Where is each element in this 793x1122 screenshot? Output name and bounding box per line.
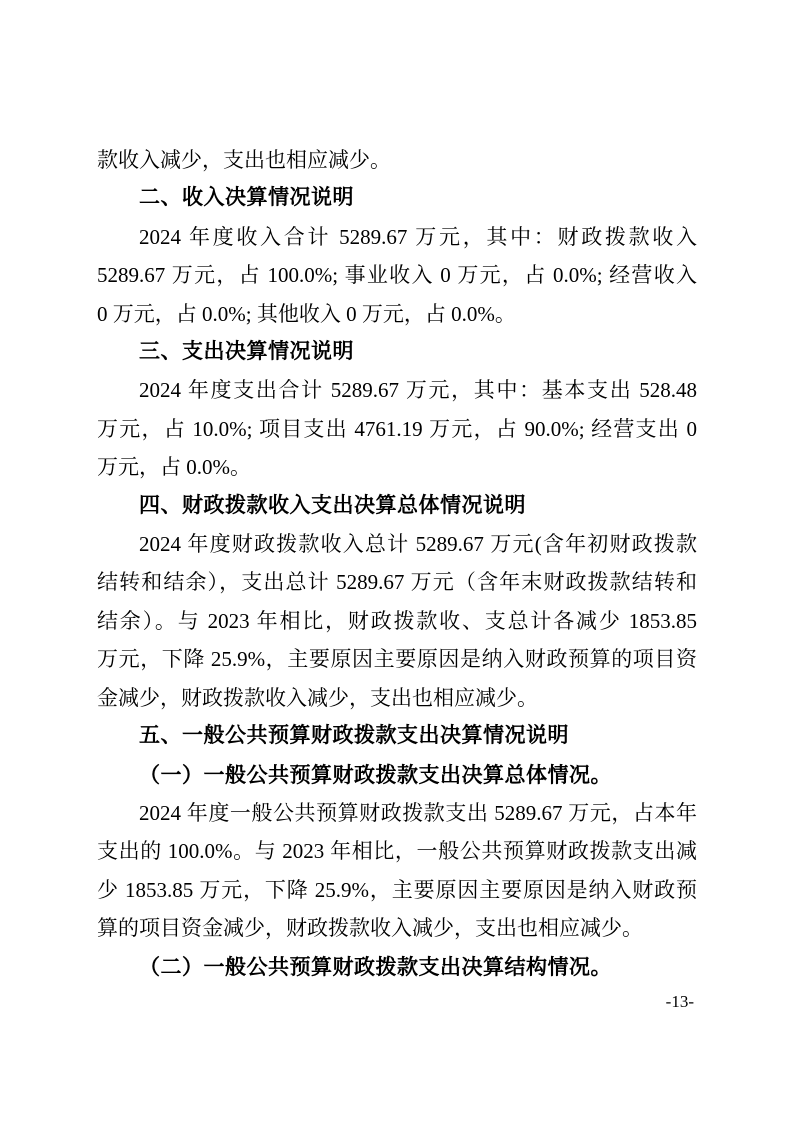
paragraph-line: 金减少，财政拨款收入减少，支出也相应减少。 [97, 679, 697, 717]
page-number: -13- [666, 991, 694, 1013]
section-heading-4: 四、财政拨款收入支出决算总体情况说明 [97, 487, 697, 525]
subsection-heading-2: （二）一般公共预算财政拨款支出决算结构情况。 [97, 948, 697, 986]
paragraph-line: 2024 年度一般公共预算财政拨款支出 5289.67 万元，占本年 [97, 794, 697, 832]
section-heading-3: 三、支出决算情况说明 [97, 333, 697, 371]
document-body: 款收入减少，支出也相应减少。 二、收入决算情况说明 2024 年度收入合计 52… [97, 141, 697, 986]
paragraph-line: 少 1853.85 万元，下降 25.9%，主要原因主要原因是纳入财政预 [97, 871, 697, 909]
paragraph-line: 万元，下降 25.9%，主要原因主要原因是纳入财政预算的项目资 [97, 640, 697, 678]
paragraph-line: 结转和结余），支出总计 5289.67 万元（含年末财政拨款结转和 [97, 563, 697, 601]
section-heading-5: 五、一般公共预算财政拨款支出决算情况说明 [97, 717, 697, 755]
subsection-heading-1: （一）一般公共预算财政拨款支出决算总体情况。 [97, 756, 697, 794]
paragraph-line: 0 万元，占 0.0%; 其他收入 0 万元，占 0.0%。 [97, 295, 697, 333]
document-page: 款收入减少，支出也相应减少。 二、收入决算情况说明 2024 年度收入合计 52… [0, 0, 793, 1122]
paragraph-line: 万元，占 0.0%。 [97, 448, 697, 486]
section-heading-2: 二、收入决算情况说明 [97, 179, 697, 217]
paragraph-line: 2024 年度收入合计 5289.67 万元，其中：财政拨款收入 [97, 218, 697, 256]
paragraph-line: 款收入减少，支出也相应减少。 [97, 141, 697, 179]
paragraph-line: 万元，占 10.0%; 项目支出 4761.19 万元，占 90.0%; 经营支… [97, 410, 697, 448]
paragraph-line: 算的项目资金减少，财政拨款收入减少，支出也相应减少。 [97, 909, 697, 947]
paragraph-line: 2024 年度支出合计 5289.67 万元，其中：基本支出 528.48 [97, 371, 697, 409]
paragraph-line: 2024 年度财政拨款收入总计 5289.67 万元(含年初财政拨款 [97, 525, 697, 563]
paragraph-line: 结余）。与 2023 年相比，财政拨款收、支总计各减少 1853.85 [97, 602, 697, 640]
paragraph-line: 5289.67 万元，占 100.0%; 事业收入 0 万元，占 0.0%; 经… [97, 256, 697, 294]
paragraph-line: 支出的 100.0%。与 2023 年相比，一般公共预算财政拨款支出减 [97, 832, 697, 870]
